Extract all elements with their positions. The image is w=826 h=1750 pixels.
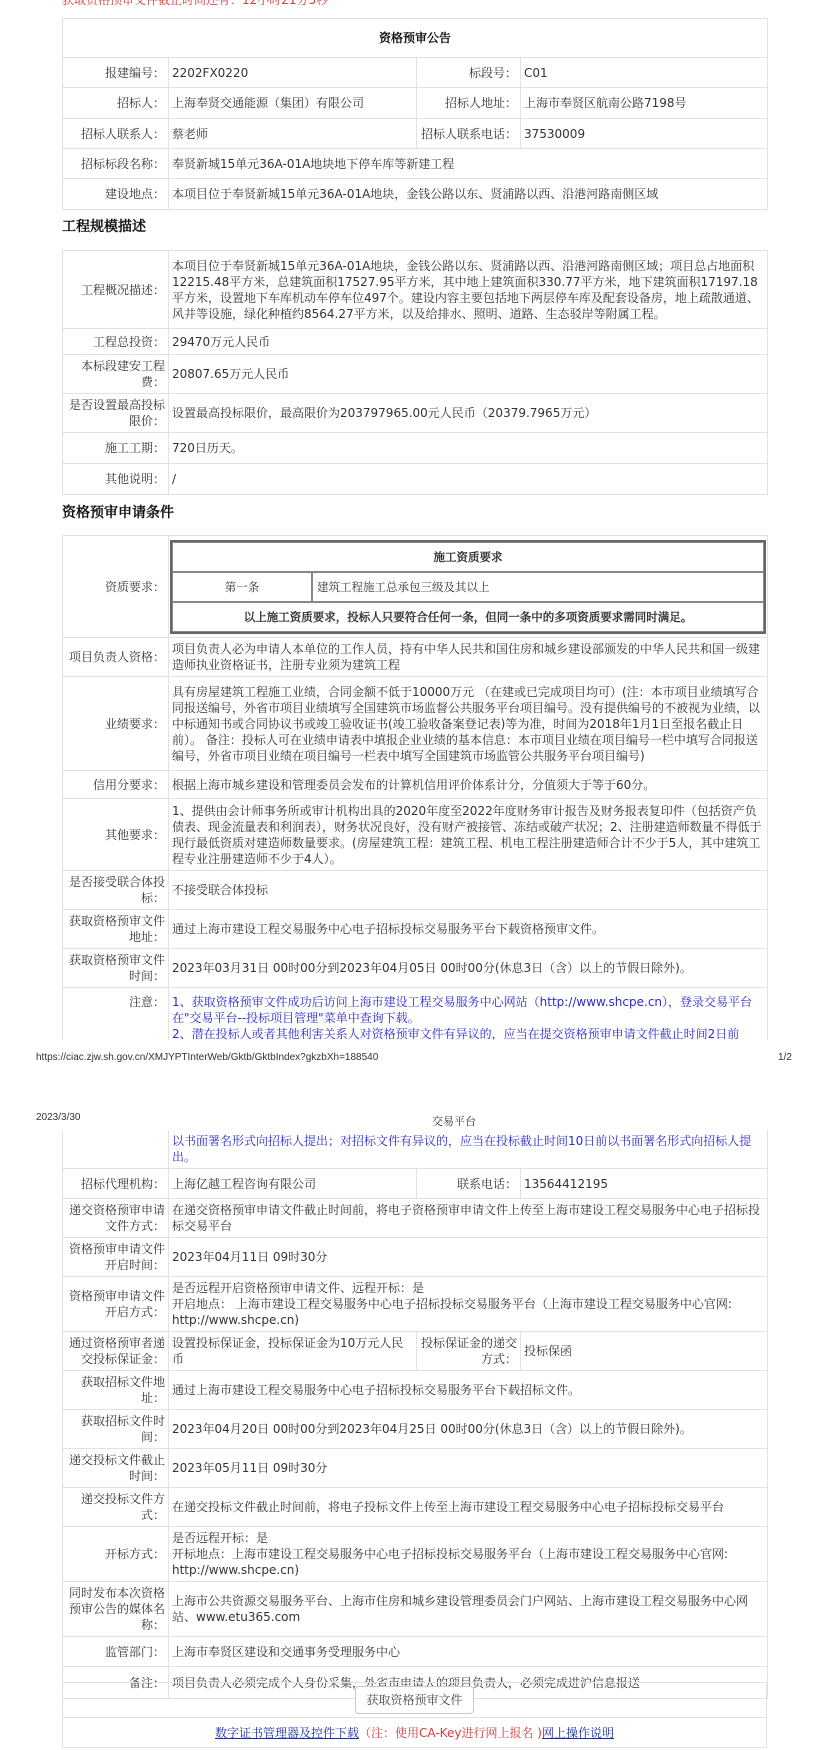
field-label: 资格预审申请文件开启时间： xyxy=(63,1238,169,1277)
field-value: / xyxy=(169,464,768,495)
field-label: 招标人联系人： xyxy=(63,119,169,149)
field-label: 招标标段名称： xyxy=(63,149,169,179)
field-label: 资质要求： xyxy=(63,536,169,638)
field-label: 其他要求： xyxy=(63,799,169,871)
print-header-date: 2023/3/30 xyxy=(36,1112,81,1123)
countdown-text: 获取资格预审文件截止时间还有：12小时21分5秒 xyxy=(62,0,328,8)
field-label: 项目负责人资格： xyxy=(63,638,169,677)
field-value: 在递交投标文件截止时间前，将电子投标文件上传至上海市建设工程交易服务中心电子招标… xyxy=(169,1488,768,1527)
field-label: 投标保证金的递交方式： xyxy=(417,1332,521,1371)
field-value: 根据上海市城乡建设和管理委员会发布的计算机信用评价体系计分，分值须大于等于60分… xyxy=(169,771,768,799)
field-label: 其他说明： xyxy=(63,464,169,495)
field-value: C01 xyxy=(521,58,768,88)
field-label: 工程总投资： xyxy=(63,329,169,355)
field-label: 建设地点： xyxy=(63,179,169,210)
field-value: 29470万元人民币 xyxy=(169,329,768,355)
field-value: 720日历天。 xyxy=(169,433,768,464)
field-value: 奉贤新城15单元36A-01A地块地下停车库等新建工程 xyxy=(169,149,768,179)
field-value: 设置投标保证金，投标保证金为10万元人民币 xyxy=(169,1332,417,1371)
field-label: 业绩要求： xyxy=(63,677,169,771)
field-label: 递交投标文件方式： xyxy=(63,1488,169,1527)
field-label: 信用分要求： xyxy=(63,771,169,799)
cert-manager-download-link[interactable]: 数字证书管理器及控件下载 xyxy=(215,1726,359,1740)
field-value: 13564412195 xyxy=(521,1169,768,1199)
field-value: 本项目位于奉贤新城15单元36A-01A地块，金钱公路以东、贤浦路以西、沿港河路… xyxy=(169,179,768,210)
field-value: 37530009 xyxy=(521,119,768,149)
field-label: 获取招标文件时间： xyxy=(63,1410,169,1449)
field-label: 施工工期： xyxy=(63,433,169,464)
qualification-note: 以上施工资质要求，投标人只要符合任何一条，但同一条中的多项资质要求需同时满足。 xyxy=(172,602,764,632)
field-label: 招标人地址： xyxy=(417,88,521,119)
field-value: 2202FX0220 xyxy=(169,58,417,88)
qualification-heading: 施工资质要求 xyxy=(172,542,764,572)
field-value: 上海奉贤交通能源（集团）有限公司 xyxy=(169,88,417,119)
field-value: 上海亿越工程咨询有限公司 xyxy=(169,1169,417,1199)
field-value: 蔡老师 xyxy=(169,119,417,149)
field-label: 递交投标文件截止时间： xyxy=(63,1449,169,1488)
field-value: 通过上海市建设工程交易服务中心电子招标投标交易服务平台下载招标文件。 xyxy=(169,1371,768,1410)
get-prequal-file-button[interactable]: 获取资格预审文件 xyxy=(355,1686,473,1714)
announcement-table: 资格预审公告 报建编号： 2202FX0220 标段号： C01 招标人： 上海… xyxy=(62,18,768,210)
field-value: 上海市奉贤区航南公路7198号 xyxy=(521,88,768,119)
field-label: 获取资格预审文件地址： xyxy=(63,910,169,949)
field-label: 通过资格预审者递交投标保证金： xyxy=(63,1332,169,1371)
field-value: 本项目位于奉贤新城15单元36A-01A地块，金钱公路以东、贤浦路以西、沿港河路… xyxy=(169,251,768,329)
scale-table: 工程概况描述： 本项目位于奉贤新城15单元36A-01A地块，金钱公路以东、贤浦… xyxy=(62,250,768,495)
field-value: 不接受联合体投标 xyxy=(169,871,768,910)
field-value: 上海市奉贤区建设和交通事务受理服务中心 xyxy=(169,1637,768,1667)
field-label: 同时发布本次资格预审公告的媒体名称： xyxy=(63,1582,169,1637)
qualification-table: 施工资质要求 第一条 建筑工程施工总承包三级及其以上 以上施工资质要求，投标人只… xyxy=(170,540,766,634)
field-label: 招标代理机构： xyxy=(63,1169,169,1199)
field-label: 开标方式： xyxy=(63,1527,169,1582)
field-value: 是否远程开标：是 开标地点：上海市建设工程交易服务中心电子招标投标交易服务平台（… xyxy=(169,1527,768,1582)
field-label: 报建编号： xyxy=(63,58,169,88)
actions-table: 获取资格预审文件 数字证书管理器及控件下载（注：使用CA-Key进行网上报名 )… xyxy=(62,1682,767,1748)
section-heading-scale: 工程规模描述 xyxy=(62,216,146,236)
field-value: 设置最高投标限价，最高限价为203797965.00元人民币（20379.796… xyxy=(169,394,768,433)
print-footer-url: https://ciac.zjw.sh.gov.cn/XMJYPTInterWe… xyxy=(36,1052,378,1063)
field-value: 1、提供由会计师事务所或审计机构出具的2020年度至2022年度财务审计报告及财… xyxy=(169,799,768,871)
field-value: 2023年04月11日 09时30分 xyxy=(169,1238,768,1277)
ca-key-note: （注：使用CA-Key进行网上报名 ) xyxy=(359,1726,542,1740)
field-label: 递交资格预审申请文件方式： xyxy=(63,1199,169,1238)
field-value: 是否远程开启资格预审申请文件、远程开标：是 开启地点： 上海市建设工程交易服务中… xyxy=(169,1277,768,1332)
print-header-title: 交易平台 xyxy=(432,1113,476,1129)
qualification-item-text: 建筑工程施工总承包三级及其以上 xyxy=(312,572,764,602)
field-label: 联系电话： xyxy=(417,1169,521,1199)
field-label: 招标人： xyxy=(63,88,169,119)
field-value: 2023年05月11日 09时30分 xyxy=(169,1449,768,1488)
field-value: 通过上海市建设工程交易服务中心电子招标投标交易服务平台下载资格预审文件。 xyxy=(169,910,768,949)
notice-item-1: 1、获取资格预审文件成功后访问上海市建设工程交易服务中心网站（http://ww… xyxy=(172,994,764,1026)
field-label: 本标段建安工程费： xyxy=(63,355,169,394)
field-label: 获取资格预审文件时间： xyxy=(63,949,169,988)
notice-item-2-cont: 以书面署名形式向招标人提出；对招标文件有异议的，应当在投标截止时间10日前以书面… xyxy=(169,1130,768,1169)
field-value: 具有房屋建筑工程施工业绩，合同金额不低于10000万元 （在建或已完成项目均可）… xyxy=(169,677,768,771)
field-value: 在递交资格预审申请文件截止时间前，将电子资格预审申请文件上传至上海市建设工程交易… xyxy=(169,1199,768,1238)
field-label: 工程概况描述： xyxy=(63,251,169,329)
page2-table: 以书面署名形式向招标人提出；对招标文件有异议的，应当在投标截止时间10日前以书面… xyxy=(62,1130,768,1699)
field-label: 是否接受联合体投标： xyxy=(63,871,169,910)
print-footer-page: 1/2 xyxy=(778,1052,792,1063)
field-value: 20807.65万元人民币 xyxy=(169,355,768,394)
field-label: 招标人联系电话： xyxy=(417,119,521,149)
conditions-table: 资质要求： 施工资质要求 第一条 建筑工程施工总承包三级及其以上 以上施工资质要… xyxy=(62,535,768,1074)
online-help-link[interactable]: 网上操作说明 xyxy=(542,1726,614,1740)
field-value: 2023年04月20日 00时00分到2023年04月25日 00时00分(休息… xyxy=(169,1410,768,1449)
qualification-item-no: 第一条 xyxy=(172,572,312,602)
field-label: 获取招标文件地址： xyxy=(63,1371,169,1410)
field-value: 2023年03月31日 00时00分到2023年04月05日 00时00分(休息… xyxy=(169,949,768,988)
field-label: 标段号： xyxy=(417,58,521,88)
field-label: 是否设置最高投标限价： xyxy=(63,394,169,433)
field-label: 资格预审申请文件开启方式： xyxy=(63,1277,169,1332)
field-value: 项目负责人必为申请人本单位的工作人员，持有中华人民共和国住房和城乡建设部颁发的中… xyxy=(169,638,768,677)
page-title: 资格预审公告 xyxy=(63,19,768,58)
field-label: 监管部门： xyxy=(63,1637,169,1667)
field-value: 上海市公共资源交易服务平台、上海市住房和城乡建设管理委员会门户网站、上海市建设工… xyxy=(169,1582,768,1637)
section-heading-conditions: 资格预审申请条件 xyxy=(62,502,174,522)
field-value: 投标保函 xyxy=(521,1332,768,1371)
